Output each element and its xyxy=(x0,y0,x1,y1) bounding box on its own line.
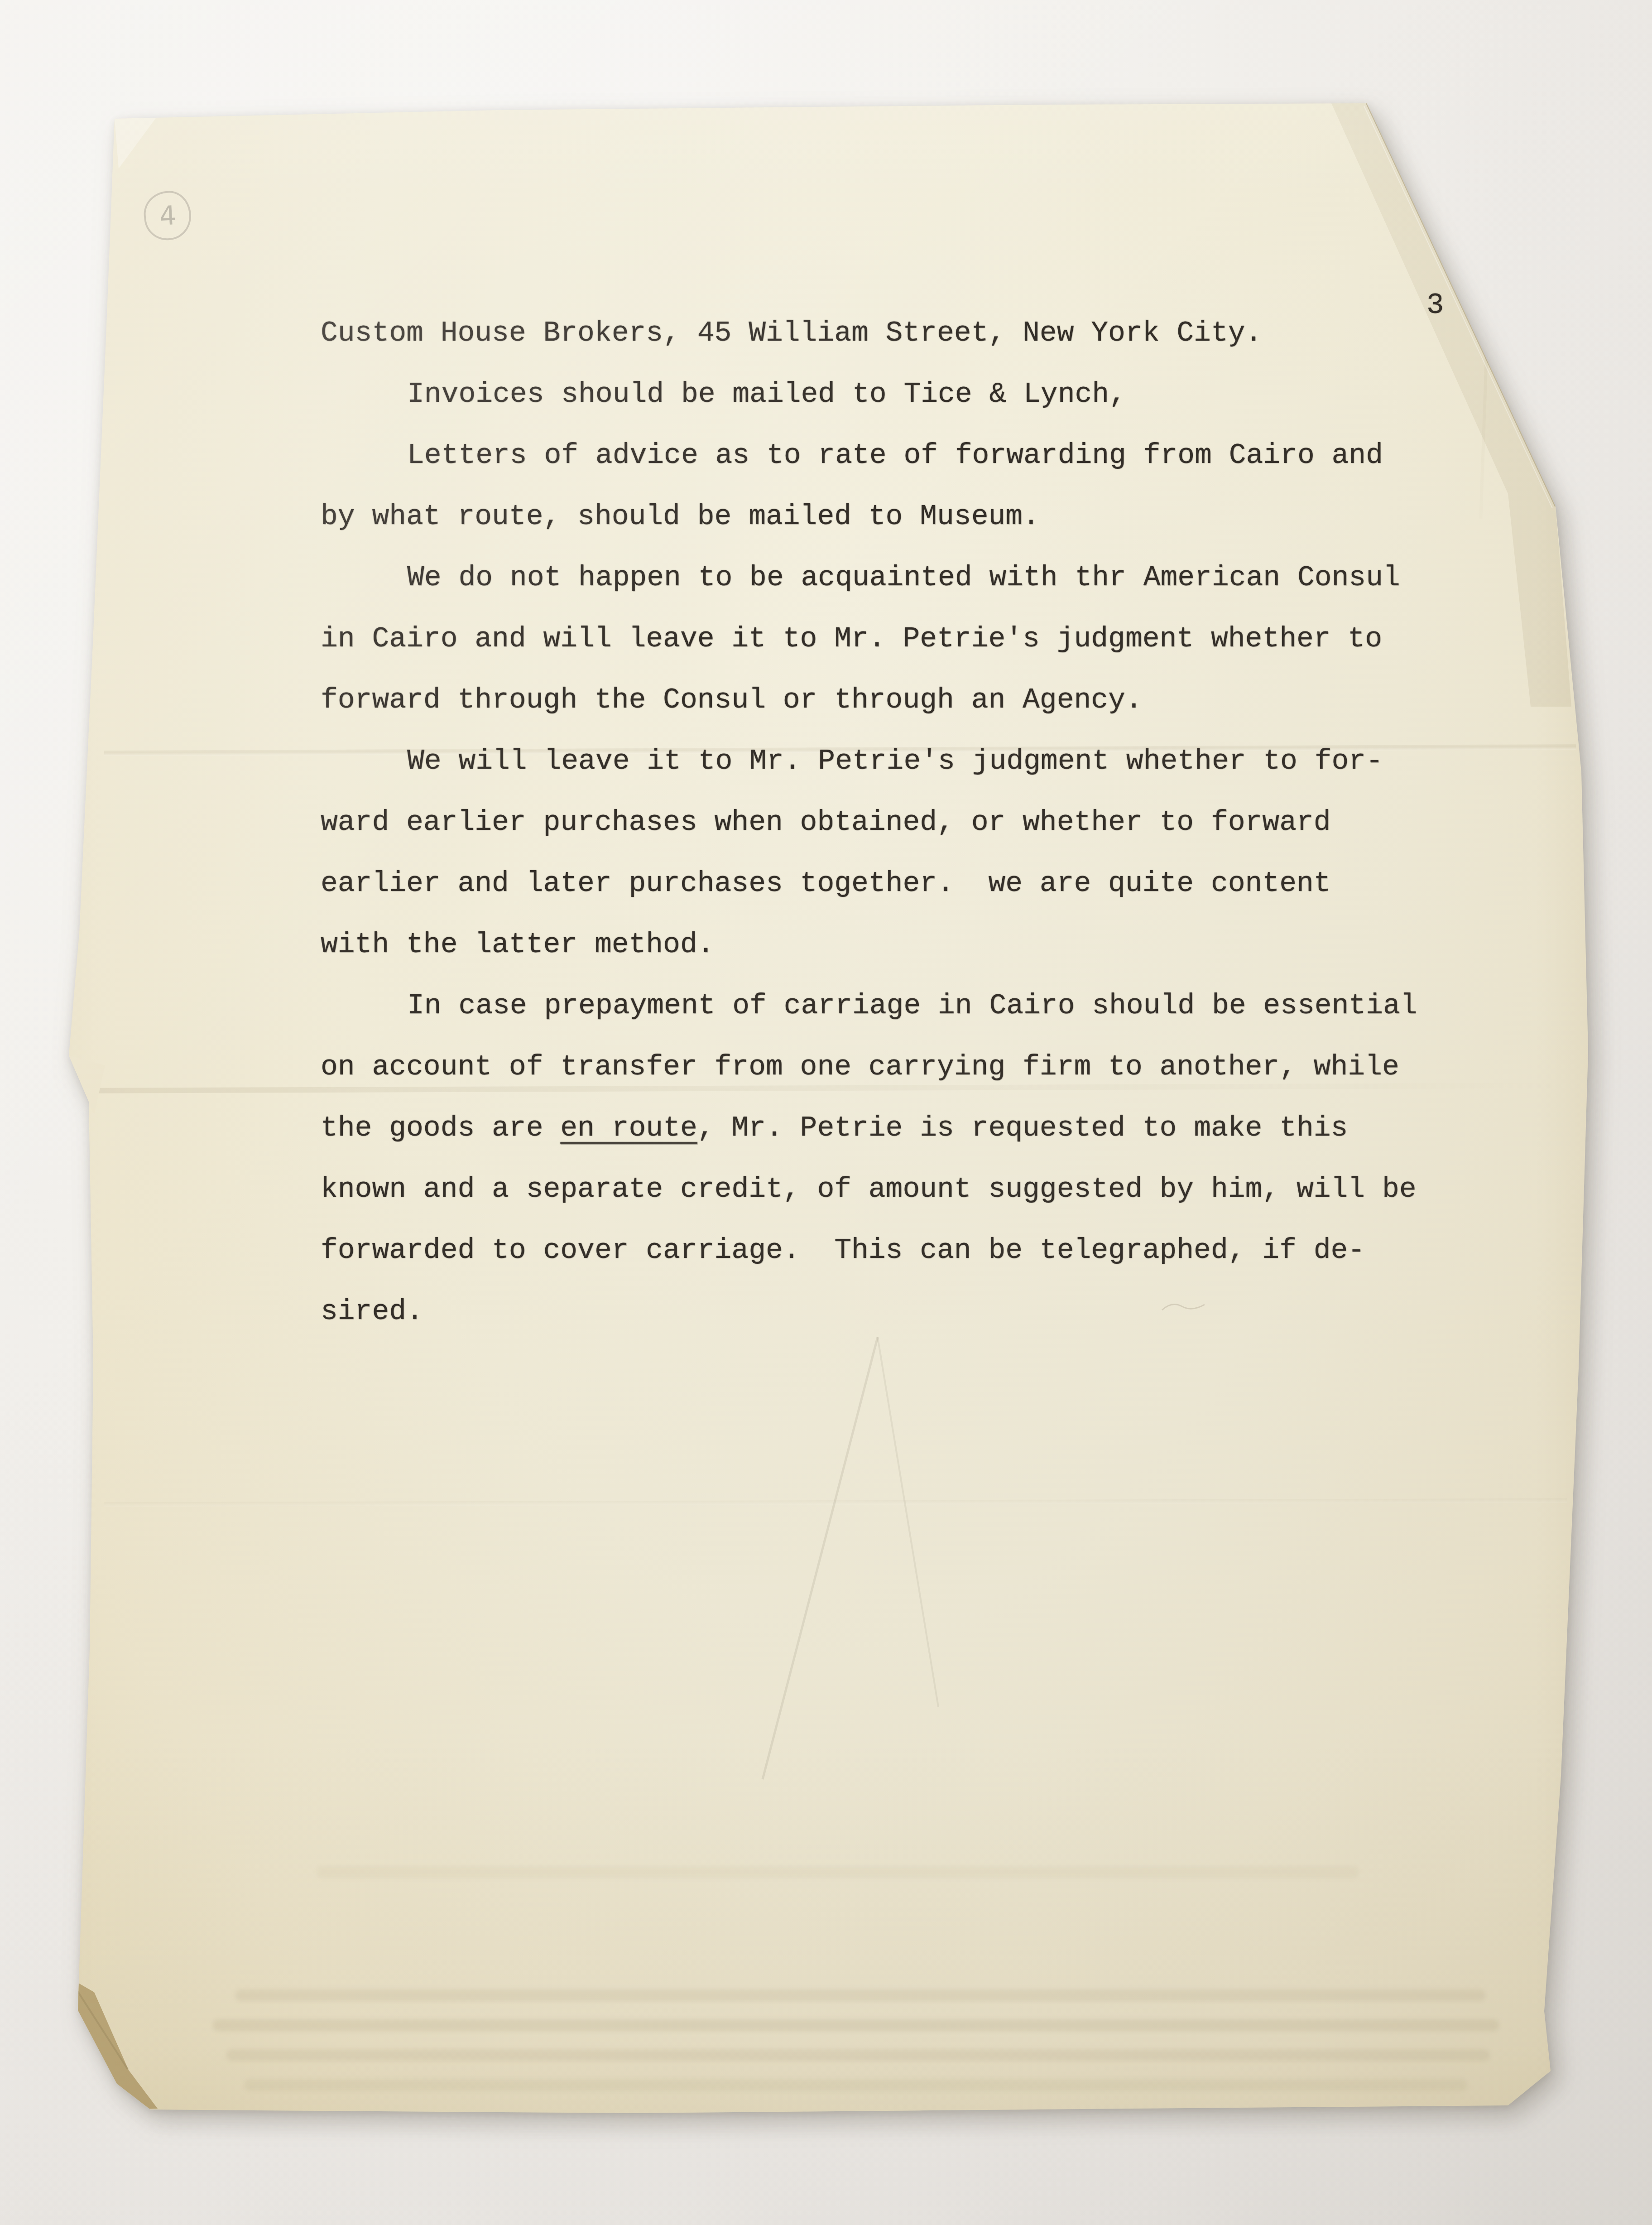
typed-line: in Cairo and will leave it to Mr. Petrie… xyxy=(321,608,1417,669)
show-through-text xyxy=(213,2019,1499,2031)
show-through-text xyxy=(245,2079,1467,2091)
typed-text: the goods are xyxy=(321,1112,560,1144)
typed-line: Letters of advice as to rate of forwardi… xyxy=(321,425,1417,486)
typed-text: known and a separate credit, of amount s… xyxy=(321,1173,1417,1205)
typed-text: in Cairo and will leave it to Mr. Petrie… xyxy=(321,623,1382,655)
typed-line: sired. xyxy=(321,1281,1417,1342)
typed-line: by what route, should be mailed to Museu… xyxy=(321,486,1417,547)
typed-text: We do not happen to be acquainted with t… xyxy=(407,562,1400,594)
typed-text: We will leave it to Mr. Petrie's judgmen… xyxy=(407,745,1383,777)
fold-crease xyxy=(1479,111,1496,519)
letter-page: 4 3 Custom House Brokers, 45 William Str… xyxy=(0,0,1652,2225)
typed-text: Letters of advice as to rate of forwardi… xyxy=(407,439,1383,472)
pencil-circled-number: 4 xyxy=(142,189,194,242)
faint-pencil-line xyxy=(878,1337,938,1707)
faint-pencil-line xyxy=(763,1337,878,1779)
corner-crease-line xyxy=(71,1980,128,2069)
paper-aging-wash xyxy=(0,1744,1652,2225)
typed-line: Invoices should be mailed to Tice & Lync… xyxy=(321,364,1417,425)
typed-text: by what route, should be mailed to Museu… xyxy=(321,501,1040,533)
typed-line: on account of transfer from one carrying… xyxy=(321,1036,1417,1098)
typed-line: forward through the Consul or through an… xyxy=(321,669,1417,731)
show-through-text xyxy=(226,2049,1490,2061)
photo-background: 4 3 Custom House Brokers, 45 William Str… xyxy=(0,0,1652,2225)
show-through-text xyxy=(317,1866,1359,1878)
typed-line: In case prepayment of carriage in Cairo … xyxy=(321,975,1417,1036)
typed-line: Custom House Brokers, 45 William Street,… xyxy=(321,303,1417,364)
fold-crease xyxy=(104,1498,1567,1507)
page-number: 3 xyxy=(1426,275,1444,337)
typed-line: forwarded to cover carriage. This can be… xyxy=(321,1220,1417,1281)
typed-text: earlier and later purchases together. we… xyxy=(321,867,1331,900)
paper-shadow: 4 3 Custom House Brokers, 45 William Str… xyxy=(0,0,1652,2225)
typed-line: the goods are en route, Mr. Petrie is re… xyxy=(321,1098,1417,1159)
typed-line: ward earlier purchases when obtained, or… xyxy=(321,792,1417,853)
typed-text: on account of transfer from one carrying… xyxy=(321,1051,1399,1083)
typed-text: sired. xyxy=(321,1296,423,1328)
typed-text: forward through the Consul or through an… xyxy=(321,684,1143,716)
pencil-number: 4 xyxy=(158,200,177,231)
typed-lines: Custom House Brokers, 45 William Street,… xyxy=(321,303,1417,1342)
typed-text: with the latter method. xyxy=(321,929,715,961)
underlined-phrase: en route xyxy=(560,1112,697,1144)
typed-text: , Mr. Petrie is requested to make this xyxy=(697,1112,1348,1144)
typed-text: Invoices should be mailed to Tice & Lync… xyxy=(407,378,1126,410)
typed-text: In case prepayment of carriage in Cairo … xyxy=(407,990,1417,1022)
typed-line: earlier and later purchases together. we… xyxy=(321,853,1417,914)
typed-text: ward earlier purchases when obtained, or… xyxy=(321,806,1331,838)
typed-text: Custom House Brokers, 45 William Street,… xyxy=(321,317,1262,349)
typed-line: with the latter method. xyxy=(321,914,1417,975)
typed-line: We do not happen to be acquainted with t… xyxy=(321,547,1417,608)
typed-text: forwarded to cover carriage. This can be… xyxy=(321,1234,1365,1267)
show-through-text xyxy=(235,1989,1485,2001)
typed-line: We will leave it to Mr. Petrie's judgmen… xyxy=(321,731,1417,792)
typed-line: known and a separate credit, of amount s… xyxy=(321,1159,1417,1220)
